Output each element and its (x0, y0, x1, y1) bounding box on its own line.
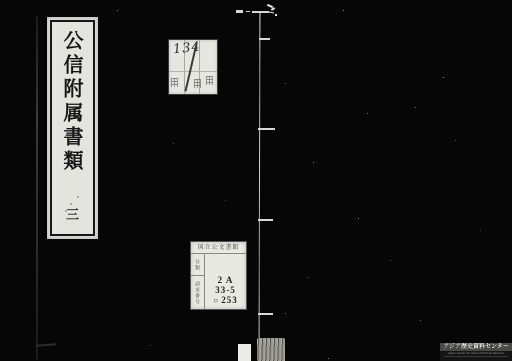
binding-stitch (258, 128, 275, 130)
stamp-grid-line (169, 71, 217, 72)
stamp-small-characters (171, 78, 178, 87)
classification-field-label: 分類 (191, 254, 204, 276)
binding-stitch (258, 219, 273, 221)
stamp-small-characters (206, 76, 213, 85)
scan-noise-dots (0, 0, 1, 1)
paper-speck (65, 210, 67, 212)
page-edge (238, 344, 251, 361)
watermark: アジア歴史資料センター Japan Center for Asian Histo… (440, 343, 512, 361)
call-number-line-2: 33-5 (205, 285, 246, 295)
binding-stitch (236, 10, 243, 13)
title-label: 公信附属書類 三 (47, 17, 98, 239)
binding-stitch (259, 38, 270, 40)
call-number-line-1: 2 A (205, 275, 246, 285)
institution-name: 国立公文書館 (191, 242, 246, 254)
spine-squiggle-mark (269, 11, 274, 13)
circled-mark: ○ (213, 296, 218, 305)
stamp-handwritten-number: 134 (172, 40, 201, 58)
classification-stamp: 134 (168, 39, 218, 95)
call-number-line-3-value: 253 (221, 295, 238, 305)
binding-line (259, 12, 261, 350)
binding-stitch (246, 11, 250, 12)
call-number-line-3: ○ 253 (205, 295, 246, 306)
catalog-label-side-column: 分類 請求番号 (191, 254, 205, 309)
callnumber-field-label: 請求番号 (191, 276, 204, 309)
call-number: 2 A 33-5 ○ 253 (205, 254, 246, 309)
watermark-rule (444, 356, 508, 357)
title-text: 公信附属書類 (58, 30, 87, 174)
watermark-subtitle: Japan Center for Asian Historical Record… (444, 351, 509, 355)
watermark-title: アジア歴史資料センター (440, 343, 512, 351)
paper-speck (70, 203, 72, 205)
catalog-label: 国立公文書館 分類 請求番号 2 A 33-5 ○ 253 (190, 241, 247, 310)
spine-squiggle-mark (275, 14, 277, 16)
cover-bottom-mark (36, 343, 56, 346)
book-cover: 公信附属書類 三 134 国立公文書館 分類 請求番号 (0, 0, 512, 361)
volume-label: 三 (66, 204, 79, 223)
page-edge-texture (257, 338, 285, 361)
cover-left-edge (36, 16, 38, 360)
stamp-small-characters (194, 79, 201, 88)
binding-stitch (252, 11, 269, 13)
spine-squiggle-mark (271, 7, 275, 11)
paper-speck (77, 196, 79, 198)
binding-stitch (258, 313, 273, 315)
